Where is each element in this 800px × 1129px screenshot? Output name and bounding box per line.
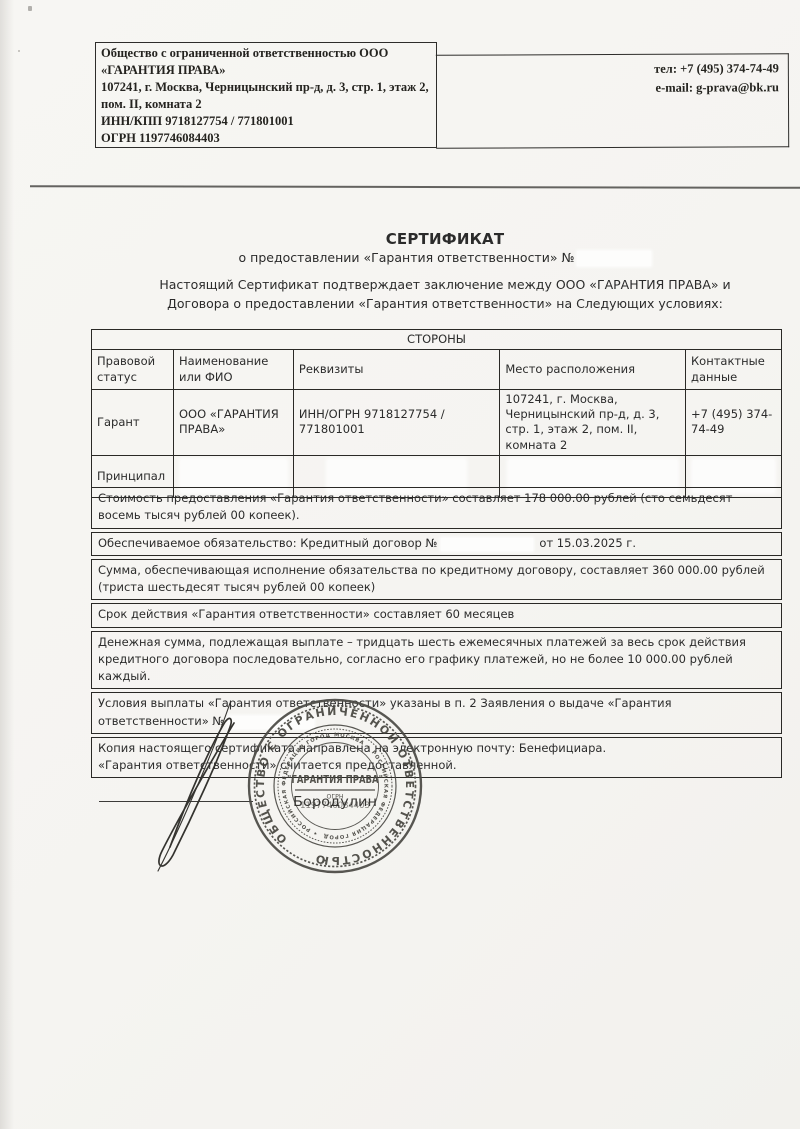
cell-name: ООО «ГАРАНТИЯ ПРАВА» xyxy=(173,390,293,456)
company-inn-kpp: ИНН/КПП 9718127754 / 771801001 xyxy=(101,113,430,130)
letterhead-company-box: Общество с ограниченной ответственностью… xyxy=(95,42,437,148)
stamp-inner-decorative-ring xyxy=(278,729,392,843)
scanned-certificate-page: Общество с ограниченной ответственностью… xyxy=(0,0,800,1129)
stamp-center-ring xyxy=(292,743,379,830)
title-block: СЕРТИФИКАТ о предоставлении «Гарантия от… xyxy=(95,230,795,266)
cell-status: Гарант xyxy=(92,390,174,456)
stamp-center-name: "ГАРАНТИЯ ПРАВА" xyxy=(287,774,383,786)
scan-artifact-speck xyxy=(28,6,32,11)
table-row-guarantor: Гарант ООО «ГАРАНТИЯ ПРАВА» ИНН/ОГРН 971… xyxy=(92,390,782,456)
company-ogrn: ОГРН 1197746084403 xyxy=(101,130,430,147)
signature-loop-stroke xyxy=(159,718,234,866)
letterhead-contacts-box: тел: +7 (495) 374-74-49 e-mail: g-prava@… xyxy=(436,53,789,149)
certificate-subtitle-text: о предоставлении «Гарантия ответственнос… xyxy=(239,250,575,265)
intro-line-1: Настоящий Сертификат подтверждает заключ… xyxy=(95,276,795,295)
col-header-legal-status: Правовой статус xyxy=(92,350,174,390)
stamp-mid-ring xyxy=(274,725,396,847)
company-email: e-mail: g-prava@bk.ru xyxy=(445,78,779,98)
company-phone: тел: +7 (495) 374-74-49 xyxy=(445,59,779,79)
intro-line-2: Договора о предоставлении «Гарантия отве… xyxy=(95,295,795,314)
certificate-title: СЕРТИФИКАТ xyxy=(95,230,795,248)
cell-location: 107241, г. Москва, Черницынский пр-д, д.… xyxy=(500,390,686,456)
col-header-name: Наименование или ФИО xyxy=(173,350,293,390)
signer-printed-name: Бородулин xyxy=(293,794,377,810)
term-sum: Сумма, обеспечивающая исполнение обязате… xyxy=(91,559,782,601)
horizontal-divider xyxy=(30,185,800,188)
term-payment: Денежная сумма, подлежащая выплате – три… xyxy=(91,631,782,690)
table-caption-row: СТОРОНЫ xyxy=(92,330,782,350)
col-header-contacts: Контактные данные xyxy=(686,350,782,390)
handwritten-signature xyxy=(130,697,258,875)
company-round-stamp: ОБЩЕСТВО С ОГРАНИЧЕННОЙ ОТВЕТСТВЕННОСТЬЮ… xyxy=(243,694,427,878)
parties-table: СТОРОНЫ Правовой статус Наименование или… xyxy=(91,329,782,498)
certificate-subtitle: о предоставлении «Гарантия ответственнос… xyxy=(95,250,795,266)
col-header-location: Место расположения xyxy=(500,350,686,390)
intro-paragraph: Настоящий Сертификат подтверждает заключ… xyxy=(95,276,795,314)
cell-contacts: +7 (495) 374-74-49 xyxy=(686,390,782,456)
redaction-contract-number xyxy=(441,538,533,551)
table-caption: СТОРОНЫ xyxy=(92,330,782,350)
stamp-outer-rim xyxy=(249,700,421,872)
stamp-outer-ring-text: ОБЩЕСТВО С ОГРАНИЧЕННОЙ ОТВЕТСТВЕННОСТЬЮ xyxy=(243,694,427,878)
term-obligation-prefix: Обеспечиваемое обязательство: Кредитный … xyxy=(98,536,437,550)
scan-artifact-speck xyxy=(18,50,20,52)
scan-edge-shading xyxy=(0,0,14,1129)
table-header-row: Правовой статус Наименование или ФИО Рек… xyxy=(92,350,782,390)
col-header-requisites: Реквизиты xyxy=(293,350,499,390)
redaction-certificate-number xyxy=(577,251,651,266)
term-cost: Стоимость предоставления «Гарантия ответ… xyxy=(91,487,782,529)
company-address: 107241, г. Москва, Черницынский пр-д, д.… xyxy=(101,79,430,113)
company-name: Общество с ограниченной ответственностью… xyxy=(101,45,430,79)
term-obligation-date: от 15.03.2025 г. xyxy=(539,536,636,550)
cell-requisites: ИНН/ОГРН 9718127754 / 771801001 xyxy=(293,390,499,456)
term-obligation: Обеспечиваемое обязательство: Кредитный … xyxy=(91,532,782,556)
term-duration: Срок действия «Гарантия ответственности»… xyxy=(91,603,782,627)
svg-text:ОБЩЕСТВО С ОГРАНИЧЕННОЙ ОТВЕТС: ОБЩЕСТВО С ОГРАНИЧЕННОЙ ОТВЕТСТВЕННОСТЬЮ xyxy=(243,694,427,878)
